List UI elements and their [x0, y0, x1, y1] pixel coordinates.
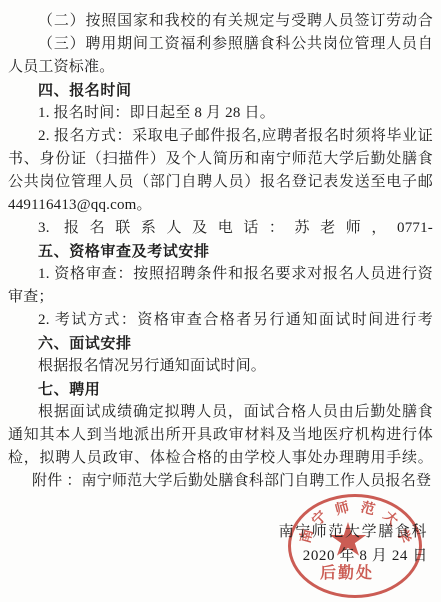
- document-line: 书、身份证（扫描件）及个人简历和南宁师范大学后勤处膳食科: [8, 148, 433, 171]
- document-line: 七、聘用: [8, 378, 433, 401]
- document-line: 公共岗位管理人员（部门自聘人员）报名登记表发送至电子邮箱：: [8, 171, 433, 194]
- document-line: 449116413@qq.com。: [8, 194, 433, 217]
- signature-organization: 南宁师范大学膳食科: [279, 520, 428, 541]
- document-line: （三）聘用期间工资福利参照膳食科公共岗位管理人员自聘: [8, 33, 433, 56]
- document-line: 3. 报名联系人及电话：苏老师，0771-3908984,15289541159…: [8, 217, 433, 240]
- seal-arc-char: 范: [358, 499, 378, 519]
- document-line: （二）按照国家和我校的有关规定与受聘人员签订劳动合同。: [8, 10, 433, 33]
- document-line: 2. 报名方式：采取电子邮件报名,应聘者报名时须将毕业证: [8, 125, 433, 148]
- document-line: 附件 ：南宁师范大学后勤处膳食科部门自聘工作人员报名登记表: [8, 470, 433, 493]
- document-body: （二）按照国家和我校的有关规定与受聘人员签订劳动合同。（三）聘用期间工资福利参照…: [8, 10, 433, 493]
- document-line: 审查；: [8, 286, 433, 309]
- document-line: 人员工资标准。: [8, 56, 433, 79]
- document-line: 四、报名时间: [8, 79, 433, 102]
- document-line: 检，拟聘人员政审、体检合格的由学校人事处办理聘用手续。: [8, 447, 433, 470]
- document-line: 1. 报名时间：即日起至 8 月 28 日。: [8, 102, 433, 125]
- document-line: 通知其本人到当地派出所开具政审材料及当地医疗机构进行体: [8, 424, 433, 447]
- document-line: 根据面试成绩确定拟聘人员，面试合格人员由后勤处膳食科: [8, 401, 433, 424]
- document-line: 根据报名情况另行通知面试时间。: [8, 355, 433, 378]
- document-line: 2. 考试方式：资格审查合格者另行通知面试时间进行考核。: [8, 309, 433, 332]
- document-line: 1. 资格审查：按照招聘条件和报名要求对报名人员进行资格: [8, 263, 433, 286]
- document-line: 五、资格审查及考试安排: [8, 240, 433, 263]
- document-line: 六、面试安排: [8, 332, 433, 355]
- document-page: （二）按照国家和我校的有关规定与受聘人员签订劳动合同。（三）聘用期间工资福利参照…: [0, 0, 441, 602]
- seal-arc-char: 师: [332, 499, 352, 519]
- signature-date: 2020 年 8 月 24 日: [303, 544, 428, 565]
